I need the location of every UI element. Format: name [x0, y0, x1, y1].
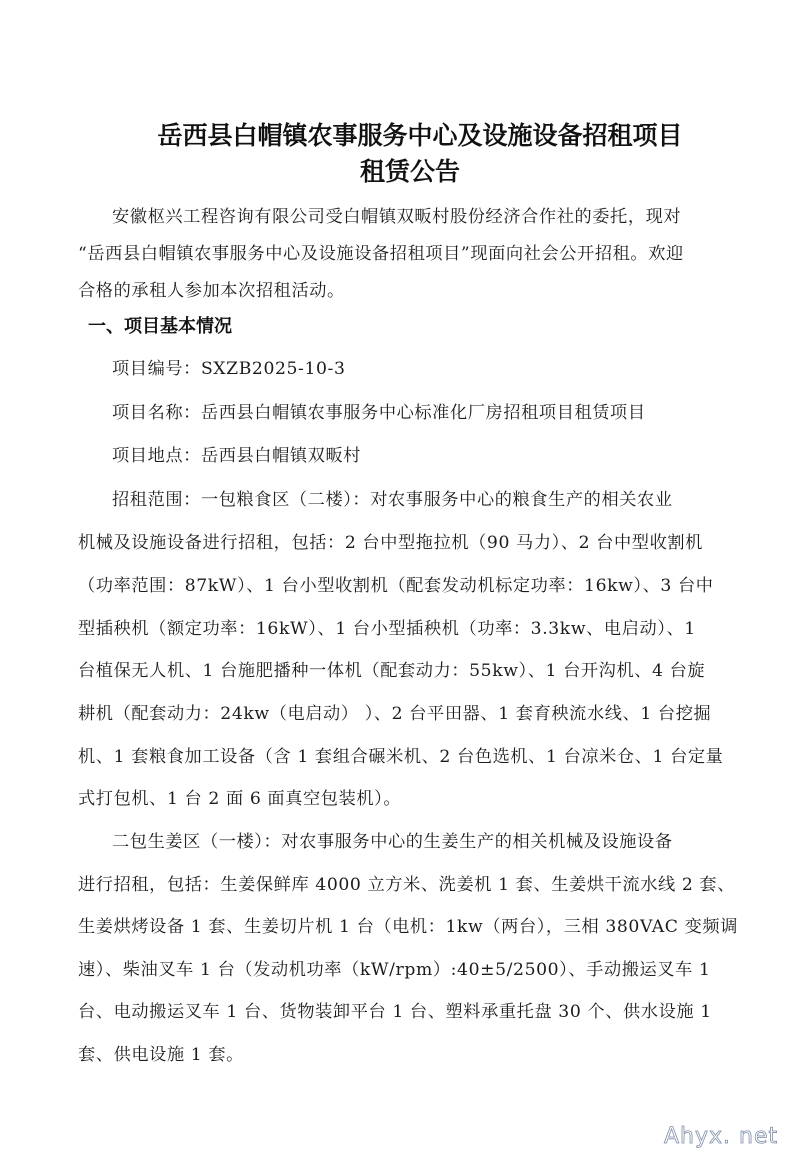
package1-line: 台植保无人机、1 台施肥播种一体机（配套动力：55kw）、1 台开沟机、4 台旋	[78, 656, 758, 681]
package1-line: 机械及设施设备进行招租，包括：2 台中型拖拉机（90 马力）、2 台中型收割机	[78, 528, 758, 553]
package1-line: 型插秧机（额定功率：16kW）、1 台小型插秧机（功率：3.3kw、电启动）、1	[78, 614, 758, 639]
package1-line: 耕机（配套动力：24kw（电启动） ）、2 台平田器、1 套育秧流水线、1 台挖…	[78, 699, 758, 724]
intro-line-3: 合格的承租人参加本次招租活动。	[78, 276, 758, 301]
intro-line-1: 安徽枢兴工程咨询有限公司受白帽镇双畈村股份经济合作社的委托，现对	[112, 202, 792, 227]
package2-line: 套、供电设施 1 套。	[78, 1040, 758, 1065]
package2-line: 二包生姜区（一楼）：对农事服务中心的生姜生产的相关机械及设施设备	[112, 827, 792, 852]
document-title: 岳西县白帽镇农事服务中心及设施设备招租项目	[40, 116, 800, 152]
project-number: 项目编号：SXZB2025-10-3	[112, 354, 792, 379]
document-subtitle: 租赁公告	[30, 152, 790, 188]
section-heading: 一、项目基本情况	[88, 312, 232, 338]
package2-line: 进行招租，包括：生姜保鲜库 4000 立方米、洗姜机 1 套、生姜烘干流水线 2…	[78, 870, 758, 895]
project-name: 项目名称：岳西县白帽镇农事服务中心标准化厂房招租项目租赁项目	[112, 398, 792, 423]
project-location: 项目地点：岳西县白帽镇双畈村	[112, 441, 792, 466]
package2-line: 生姜烘烤设备 1 套、生姜切片机 1 台（电机：1kw（两台），三相 380VA…	[78, 912, 758, 937]
package2-line: 速）、柴油叉车 1 台（发动机功率（kW/rpm）:40±5/2500）、手动搬…	[78, 955, 758, 980]
package2-line: 台、电动搬运叉车 1 台、货物装卸平台 1 台、塑料承重托盘 30 个、供水设施…	[78, 997, 758, 1022]
package1-line: 机、1 套粮食加工设备（含 1 套组合碾米机、2 台色选机、1 台凉米仓、1 台…	[78, 742, 758, 767]
watermark: Ahyx. net	[664, 1124, 778, 1149]
package1-line: 招租范围：一包粮食区（二楼）：对农事服务中心的粮食生产的相关农业	[112, 485, 792, 510]
document-page: 岳西县白帽镇农事服务中心及设施设备招租项目 租赁公告 安徽枢兴工程咨询有限公司受…	[0, 0, 800, 1164]
package1-line: 式打包机、1 台 2 面 6 面真空包装机）。	[78, 784, 758, 809]
package1-line: （功率范围：87kW）、1 台小型收割机（配套发动机标定功率：16kw）、3 台…	[78, 571, 758, 596]
intro-line-2: “岳西县白帽镇农事服务中心及设施设备招租项目”现面向社会公开招租。欢迎	[78, 239, 758, 264]
